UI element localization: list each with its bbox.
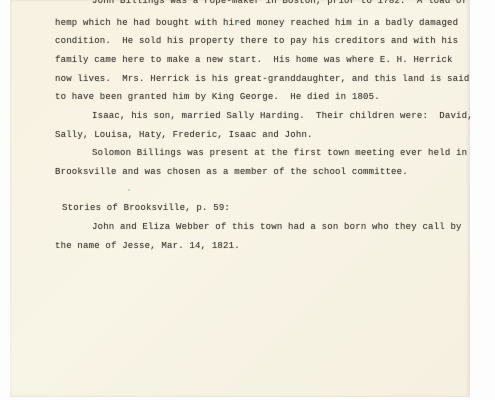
text-line: John Billings was a rope-maker in Boston… <box>92 0 467 7</box>
scan-background: John Billings was a rope-maker in Boston… <box>0 0 495 400</box>
text-line: Brooksville and was chosen as a member o… <box>55 166 408 178</box>
text-line: family came here to make a new start. Hi… <box>55 54 453 66</box>
scan-speck <box>128 189 130 191</box>
text-line: Sally, Louisa, Haty, Frederic, Isaac and… <box>55 129 313 141</box>
scan-speck <box>237 21 240 23</box>
text-line: condition. He sold his property there to… <box>55 35 458 47</box>
text-line: the name of Jesse, Mar. 14, 1821. <box>55 240 240 252</box>
scanned-page: John Billings was a rope-maker in Boston… <box>10 0 470 397</box>
source-heading-line: Stories of Brooksville, p. 59: <box>62 202 230 214</box>
scan-speck <box>70 41 72 43</box>
text-line: now lives. Mrs. Herrick is his great-gra… <box>55 73 469 85</box>
text-line: hemp which he had bought with hired mone… <box>55 17 458 29</box>
text-line: to have been granted him by King George.… <box>55 91 380 103</box>
text-line: Solomon Billings was present at the firs… <box>92 147 467 159</box>
text-line: John and Eliza Webber of this town had a… <box>92 221 462 233</box>
text-line: Isaac, his son, married Sally Harding. T… <box>92 110 473 122</box>
scan-speck <box>98 80 100 82</box>
